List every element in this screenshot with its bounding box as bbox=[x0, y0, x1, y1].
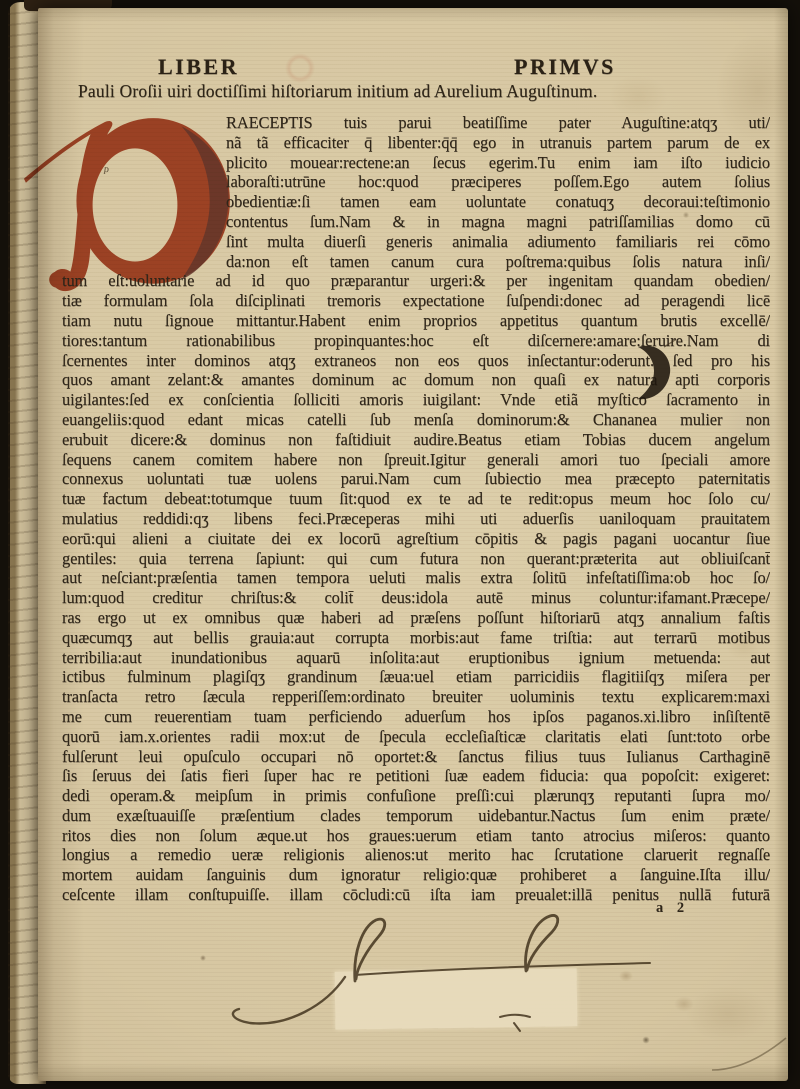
text-line: gentiles: quia terrena ſapiunt: qui cum … bbox=[62, 549, 770, 569]
text-block: RAECEPTIS tuis parui beatiſſime pater Au… bbox=[62, 113, 770, 905]
text-line: dum exæſtuauiſſe præſentium clades tempo… bbox=[62, 806, 770, 826]
text-line: tiæ formulam ſola diſciplinati tremoris … bbox=[62, 291, 770, 311]
chapter-subtitle: Pauli Oroſii uiri doctiſſimi hiſtoriarum… bbox=[78, 81, 738, 102]
book-scan: LIBER PRIMVS Pauli Oroſii uiri doctiſſim… bbox=[0, 0, 800, 1089]
text-line: da:non eſt tamen canum cura poſtrema:qui… bbox=[226, 252, 770, 272]
text-line: nã tã efficaciter q̄ libenter:q̄q̄ ego i… bbox=[226, 133, 770, 153]
text-line: terribilia:aut inundationibus aquarū inſ… bbox=[62, 648, 770, 668]
text-line: erubuit dicere:& dominus non faſtidiuit … bbox=[62, 430, 770, 450]
text-line: ſis ſeruus dei ſatis fieri ſuper hac re … bbox=[62, 766, 770, 786]
text-line: dedi operam.& meipſum in primis confuſio… bbox=[62, 786, 770, 806]
text-line: fulſerunt leui opuſculo occupari nō opor… bbox=[62, 747, 770, 767]
running-title-primvs: PRIMVS bbox=[514, 54, 616, 80]
text-line: tranſacta retro ſæcula repperiſſem:ordin… bbox=[62, 687, 770, 707]
text-line: quorū iam.x.orientes radii mox:ut de ſpe… bbox=[62, 727, 770, 747]
text-line: mulatius reddidi:qʒ libens feci.Præceper… bbox=[62, 509, 770, 529]
text-line: laboraſti:utrūne hoc:quod præciperes poſ… bbox=[226, 172, 770, 192]
text-line: mortem auidam ſanguinis dum ignoratur re… bbox=[62, 865, 770, 885]
ink-blot bbox=[630, 341, 676, 405]
text-line: plicito mouear:rectene:an ſecus egerim.T… bbox=[226, 153, 770, 173]
text-line: me cum reuerentiam tuam perficiendo adue… bbox=[62, 707, 770, 727]
text-line: quæcumqʒ aut bellis grauia:aut corrupta … bbox=[62, 628, 770, 648]
text-line: ras ergo ut ex omnibus quæ haberi ad præ… bbox=[62, 608, 770, 628]
text-line: tum eſt:uoluntarie ad id quo præparantur… bbox=[62, 271, 770, 291]
text-line: tuæ factum debeat:totumque tuum ſit:quod… bbox=[62, 489, 770, 509]
text-line: ſint multa diuerſi generis animalia adiu… bbox=[226, 232, 770, 252]
running-title-liber: LIBER bbox=[158, 54, 239, 80]
text-line: contentus ſum.Nam & in magna magni patri… bbox=[226, 212, 770, 232]
text-line: euangeliis:quod edant micas catelli ſub … bbox=[62, 410, 770, 430]
text-line: connexus uoluntati tuæ uolens parui.Nam … bbox=[62, 469, 770, 489]
text-line: tiam nutu ſignoue mittantur.Habent enim … bbox=[62, 311, 770, 331]
page: LIBER PRIMVS Pauli Oroſii uiri doctiſſim… bbox=[38, 8, 788, 1081]
text-line: ictibus fulminum plagiſqʒ grandinum ſæua… bbox=[62, 667, 770, 687]
text-line: eorū:qui alieni a ciuitate dei ex locorū… bbox=[62, 529, 770, 549]
text-line: longius a remedio ueræ religionis alieno… bbox=[62, 845, 770, 865]
text-line: ritos dies non ſolum æque.ut hos graues:… bbox=[62, 826, 770, 846]
pen-stroke bbox=[710, 1034, 788, 1074]
initial-spacer bbox=[62, 113, 226, 271]
text-line: ſequens canem comitem habere non ſpreuit… bbox=[62, 450, 770, 470]
text-line: lum:quod creditur chriſtus:& colit̄ deus… bbox=[62, 588, 770, 608]
handwritten-flourish bbox=[208, 913, 708, 1068]
text-line: RAECEPTIS tuis parui beatiſſime pater Au… bbox=[226, 113, 770, 133]
text-line: aut neſciant:præſentia tamen tempora uel… bbox=[62, 568, 770, 588]
text-line: obedientiæ:ſi tamen eam uoluntate conatu… bbox=[226, 192, 770, 212]
